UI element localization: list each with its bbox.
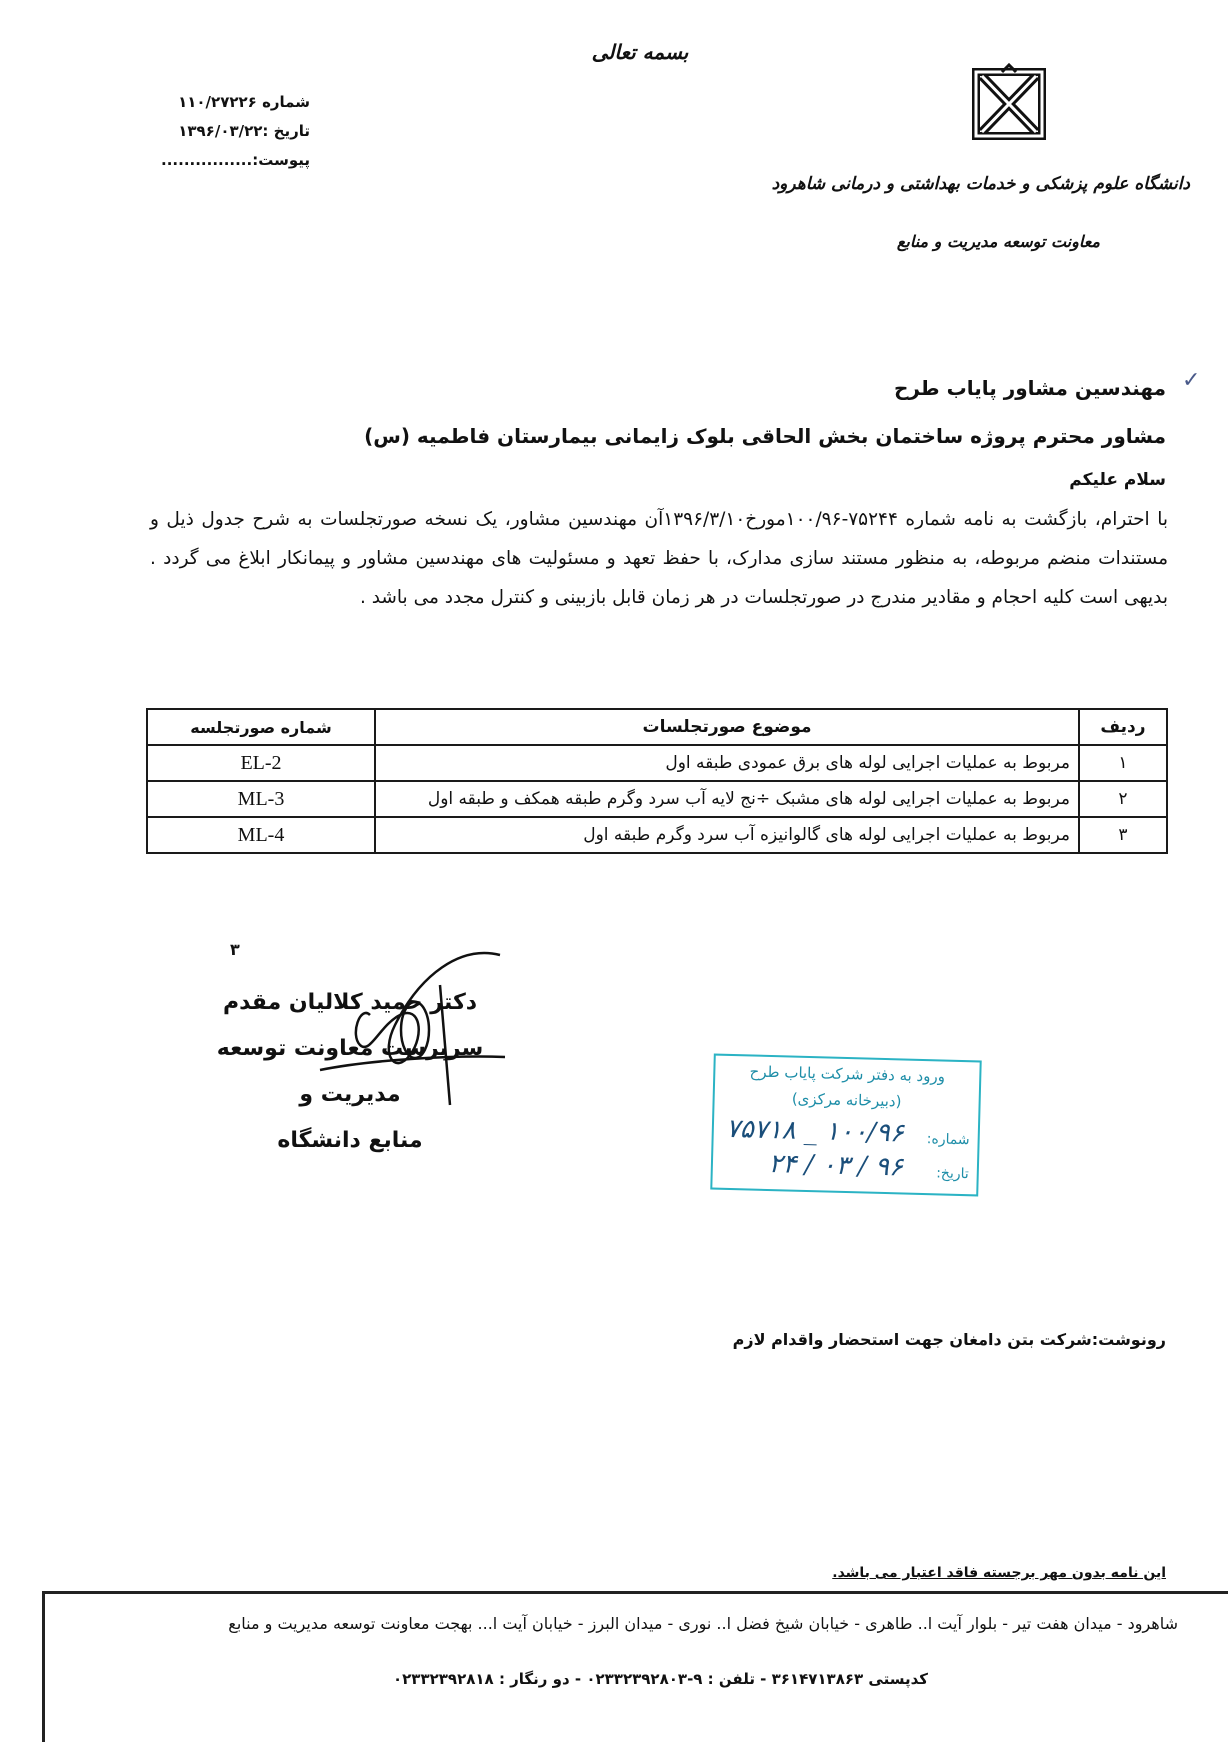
stamp-title: ورود به دفتر شرکت پایاب طرح (723, 1062, 971, 1086)
cell-row-number: ۲ (1079, 781, 1167, 817)
letter-number-label: شماره (262, 93, 310, 111)
stamp-number-value: ۱۰۰/۹۶ _ ۷۵۷۱۸ (726, 1114, 905, 1149)
footer-address: شاهرود - میدان هفت تیر - بلوار آیت ا.. ط… (228, 1614, 1178, 1633)
cell-minutes-number: ML-3 (147, 781, 375, 817)
letter-number-value: ۱۱۰/۲۷۲۲۶ (178, 93, 257, 111)
letter-attachment-label: پیوست: (252, 151, 310, 169)
table-header-row: ردیف موضوع صورتجلسات شماره صورتجلسه (147, 709, 1167, 745)
body-paragraph: با احترام، بازگشت به نامه شماره ۷۵۲۴۴-۱۰… (150, 500, 1168, 617)
minutes-table: ردیف موضوع صورتجلسات شماره صورتجلسه ۱ مر… (146, 708, 1168, 854)
addressee-project: مشاور محترم پروژه ساختمان بخش الحاقی بلو… (364, 424, 1166, 448)
signatory-title-line2: منابع دانشگاه (190, 1118, 510, 1164)
table-row: ۲ مربوط به عملیات اجرایی لوله های مشبک ÷… (147, 781, 1167, 817)
university-logo-icon (968, 62, 1050, 146)
letter-number: شماره ۱۱۰/۲۷۲۲۶ (140, 88, 310, 117)
letter-date-value: ۱۳۹۶/۰۳/۲۲ (178, 122, 262, 140)
reference-block: شماره ۱۱۰/۲۷۲۲۶ تاریخ :۱۳۹۶/۰۳/۲۲ پیوست:… (140, 88, 310, 175)
stamp-date-value: ۹۶ / ۰۳ / ۲۴ (768, 1149, 903, 1183)
cell-row-number: ۱ (1079, 745, 1167, 781)
header-row-number: ردیف (1079, 709, 1167, 745)
letter-body: با احترام، بازگشت به نامه شماره ۷۵۲۴۴-۱۰… (150, 500, 1168, 617)
footer-contact: کدپستی ۳۶۱۴۷۱۳۸۶۳ - تلفن : ۹-۰۲۳۳۲۳۹۲۸۰۳… (393, 1670, 928, 1688)
cell-minutes-number: ML-4 (147, 817, 375, 853)
cell-subject: مربوط به عملیات اجرایی لوله های مشبک ÷نج… (375, 781, 1079, 817)
header-subject: موضوع صورتجلسات (375, 709, 1079, 745)
validity-notice: این نامه بدون مهر برجسته فاقد اعتبار می … (832, 1565, 1166, 1581)
received-stamp: ورود به دفتر شرکت پایاب طرح (دبیرخانه مر… (710, 1054, 981, 1197)
department-name: معاونت توسعه مدیریت و منابع (920, 232, 1100, 251)
stamp-date-label: تاریخ: (936, 1165, 969, 1182)
cell-minutes-number: EL-2 (147, 745, 375, 781)
stamp-subtitle: (دبیرخانه مرکزی) (722, 1088, 970, 1112)
check-mark-icon: ✓ (1182, 368, 1200, 393)
table-row: ۱ مربوط به عملیات اجرایی لوله های برق عم… (147, 745, 1167, 781)
letter-date-label: تاریخ : (262, 122, 310, 140)
letter-attachment: پیوست:................ (140, 146, 310, 175)
carbon-copy: رونوشت:شرکت بتن دامغان جهت استحضار واقدا… (733, 1330, 1166, 1349)
cell-row-number: ۳ (1079, 817, 1167, 853)
greeting: سلام علیکم (1069, 470, 1166, 490)
stamp-number-label: شماره: (927, 1131, 970, 1148)
invocation-heading: بسمه تعالی (585, 40, 695, 64)
header-minutes-number: شماره صورتجلسه (147, 709, 375, 745)
letter-attachment-value: ................ (161, 151, 252, 169)
cell-subject: مربوط به عملیات اجرایی لوله های گالوانیز… (375, 817, 1079, 853)
cell-subject: مربوط به عملیات اجرایی لوله های برق عمود… (375, 745, 1079, 781)
addressee-company: مهندسین مشاور پایاب طرح (894, 376, 1166, 400)
signature-mark: ۳ (230, 940, 240, 959)
table-row: ۳ مربوط به عملیات اجرایی لوله های گالوان… (147, 817, 1167, 853)
university-name: دانشگاه علوم پزشکی و خدمات بهداشتی و درم… (850, 174, 1190, 194)
handwritten-signature-icon (300, 945, 510, 1115)
letter-date: تاریخ :۱۳۹۶/۰۳/۲۲ (140, 117, 310, 146)
